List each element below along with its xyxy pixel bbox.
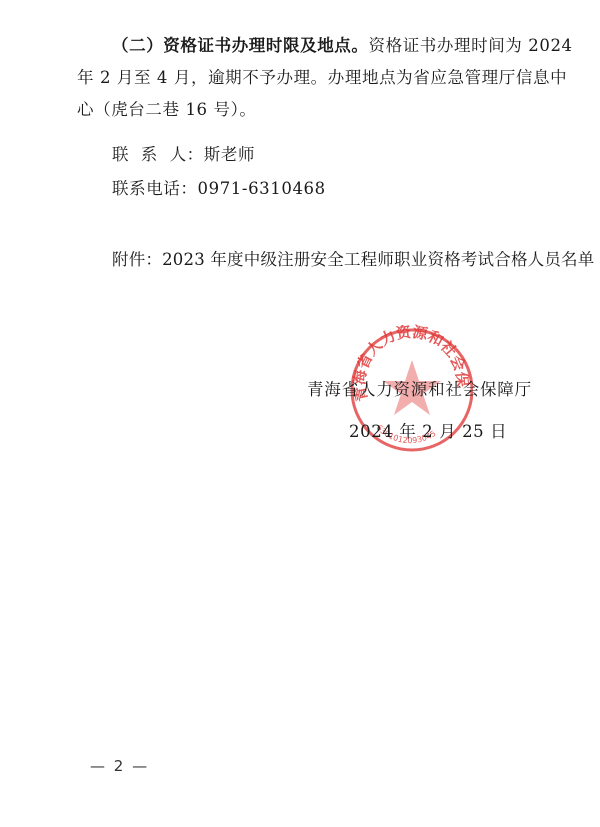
signature-date: 2024 年 2 月 25 日 <box>349 422 507 442</box>
paragraph-line-1: （二）资格证书办理时限及地点。资格证书办理时间为 2024 <box>112 36 573 56</box>
section-heading: （二）资格证书办理时限及地点。 <box>112 36 369 55</box>
contact-phone: 联系电话：0971-6310468 <box>112 179 326 199</box>
page-number: — 2 — <box>90 757 149 775</box>
paragraph-line-3: 心（虎台二巷 16 号）。 <box>77 100 257 120</box>
contact-person: 联 系 人：斯老师 <box>112 145 255 165</box>
signature-organization: 青海省人力资源和社会保障厅 <box>307 380 532 400</box>
paragraph-line-2: 年 2 月至 4 月，逾期不予办理。办理地点为省应急管理厅信息中 <box>77 68 567 88</box>
attachment: 附件：2023 年度中级注册安全工程师职业资格考试合格人员名单 <box>112 250 594 270</box>
